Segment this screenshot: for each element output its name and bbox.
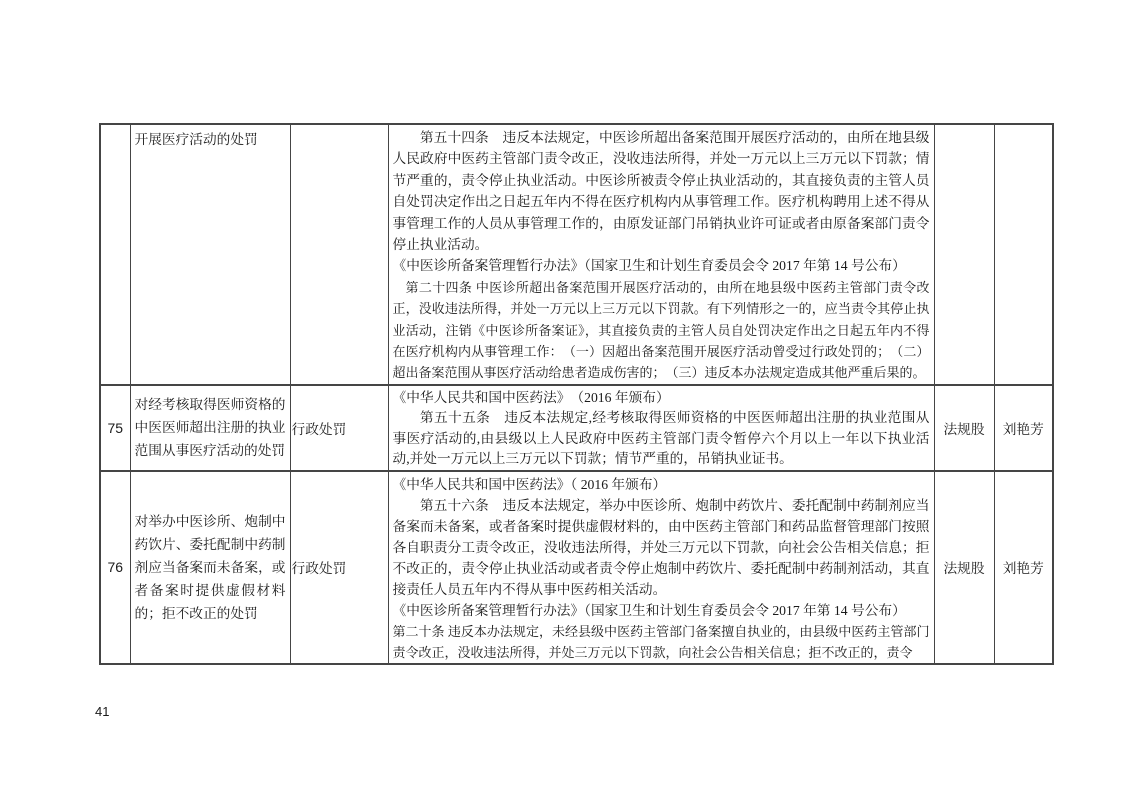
item-cell: 开展医疗活动的处罚 [130, 124, 290, 385]
reviewer-cell: 刘艳芳 [994, 385, 1053, 471]
category-cell: 行政处罚 [290, 385, 388, 471]
legal-basis-paragraph: 第二十四条 中医诊所超出备案范围开展医疗活动的，由所在地县级中医药主管部门责令改… [393, 277, 930, 384]
legal-basis-paragraph: 《中华人民共和国中医药法》（ 2016 年颁布） [393, 474, 930, 495]
table-row-76: 76 对举办中医诊所、炮制中药饮片、委托配制中药制剂应当备案而未备案，或者备案时… [100, 471, 1053, 664]
legal-basis-paragraph: 第五十五条 违反本法规定,经考核取得医师资格的中医医师超出注册的执业范围从事医疗… [393, 408, 930, 469]
row-number-cell: 76 [100, 471, 130, 664]
legal-basis-paragraph: 第五十六条 违反本法规定，举办中医诊所、炮制中药饮片、委托配制中药制剂应当备案而… [393, 495, 930, 600]
legal-basis-cell: 《中华人民共和国中医药法》 （2016 年颁布） 第五十五条 违反本法规定,经考… [388, 385, 934, 471]
penalty-items-table: 开展医疗活动的处罚 第五十四条 违反本法规定，中医诊所超出备案范围开展医疗活动的… [99, 123, 1054, 665]
legal-basis-cell: 第五十四条 违反本法规定，中医诊所超出备案范围开展医疗活动的，由所在地县级人民政… [388, 124, 934, 385]
legal-basis-paragraph: 《中医诊所备案管理暂行办法》（国家卫生和计划生育委员会令 2017 年第 14 … [393, 600, 930, 621]
legal-basis-cell: 《中华人民共和国中医药法》（ 2016 年颁布） 第五十六条 违反本法规定，举办… [388, 471, 934, 664]
item-cell: 对举办中医诊所、炮制中药饮片、委托配制中药制剂应当备案而未备案，或者备案时提供虚… [130, 471, 290, 664]
table-row-continuation: 开展医疗活动的处罚 第五十四条 违反本法规定，中医诊所超出备案范围开展医疗活动的… [100, 124, 1053, 385]
legal-basis-paragraph: 第二十条 违反本办法规定，未经县级中医药主管部门备案擅自执业的，由县级中医药主管… [393, 621, 930, 663]
department-cell: 法规股 [934, 471, 994, 664]
item-cell: 对经考核取得医师资格的中医医师超出注册的执业范围从事医疗活动的处罚 [130, 385, 290, 471]
page-number: 41 [95, 704, 109, 719]
department-cell [934, 124, 994, 385]
category-cell: 行政处罚 [290, 471, 388, 664]
category-cell [290, 124, 388, 385]
legal-basis-paragraph: 《中医诊所备案管理暂行办法》（国家卫生和计划生育委员会令 2017 年第 14 … [393, 255, 930, 276]
row-number-cell: 75 [100, 385, 130, 471]
legal-basis-paragraph: 《中华人民共和国中医药法》 （2016 年颁布） [393, 388, 930, 408]
table-row-75: 75 对经考核取得医师资格的中医医师超出注册的执业范围从事医疗活动的处罚 行政处… [100, 385, 1053, 471]
document-page: 开展医疗活动的处罚 第五十四条 违反本法规定，中医诊所超出备案范围开展医疗活动的… [0, 0, 1122, 793]
legal-basis-paragraph: 第五十四条 违反本法规定，中医诊所超出备案范围开展医疗活动的，由所在地县级人民政… [393, 127, 930, 255]
department-cell: 法规股 [934, 385, 994, 471]
reviewer-cell: 刘艳芳 [994, 471, 1053, 664]
reviewer-cell [994, 124, 1053, 385]
row-number-cell [100, 124, 130, 385]
